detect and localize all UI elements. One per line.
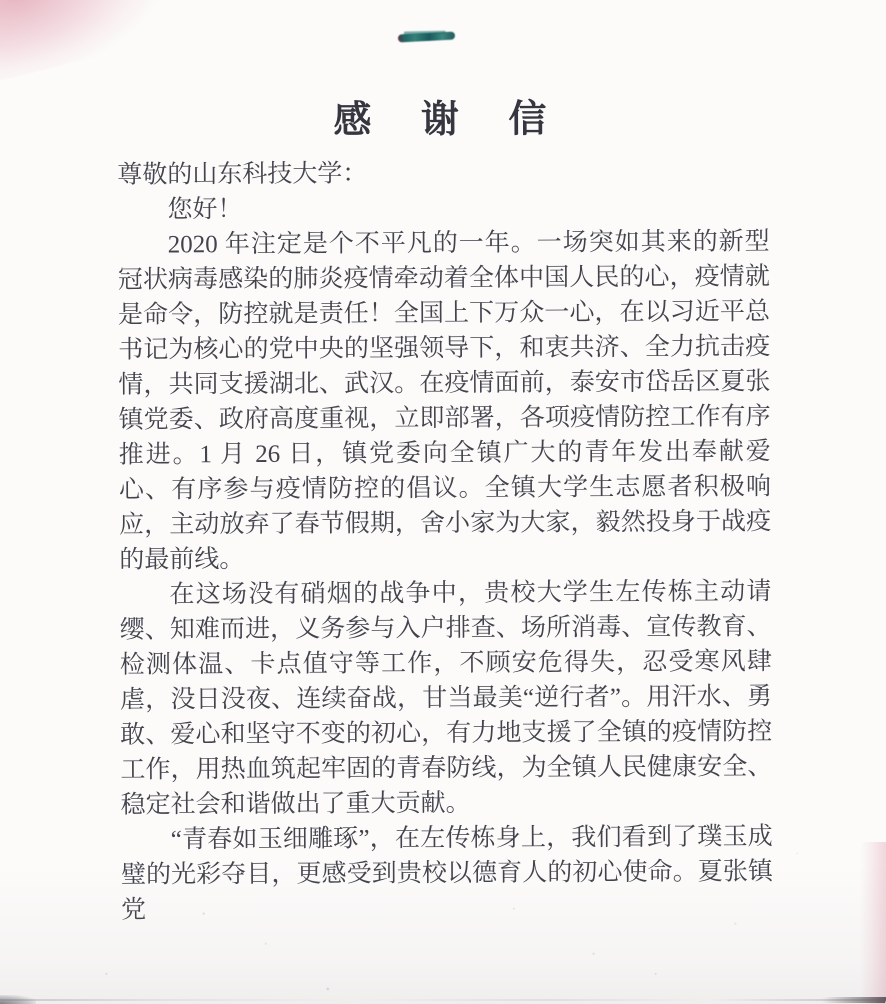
- paragraph-3: “青春如玉细雕琢”，在左传栋身上，我们看到了璞玉成璧的光彩夺目，更感受到贵校以德…: [121, 819, 774, 927]
- paragraph-2: 在这场没有硝烟的战争中，贵校大学生左传栋主动请缨、知难而进，义务参与入户排查、场…: [119, 574, 772, 822]
- greeting: 您好！: [117, 189, 769, 227]
- letter-title: 感 谢 信: [0, 86, 884, 146]
- letter-content: 感 谢 信 尊敬的山东科技大学： 您好！ 2020 年注定是个不平凡的一年。一场…: [0, 0, 886, 1004]
- paragraph-1: 2020 年注定是个不平凡的一年。一场突如其来的新型冠状病毒感染的肺炎疫情牵动着…: [118, 224, 772, 577]
- salutation: 尊敬的山东科技大学：: [117, 154, 769, 192]
- scanned-letter-page: 感 谢 信 尊敬的山东科技大学： 您好！ 2020 年注定是个不平凡的一年。一场…: [0, 0, 886, 1004]
- letter-body: 尊敬的山东科技大学： 您好！ 2020 年注定是个不平凡的一年。一场突如其来的新…: [117, 154, 773, 927]
